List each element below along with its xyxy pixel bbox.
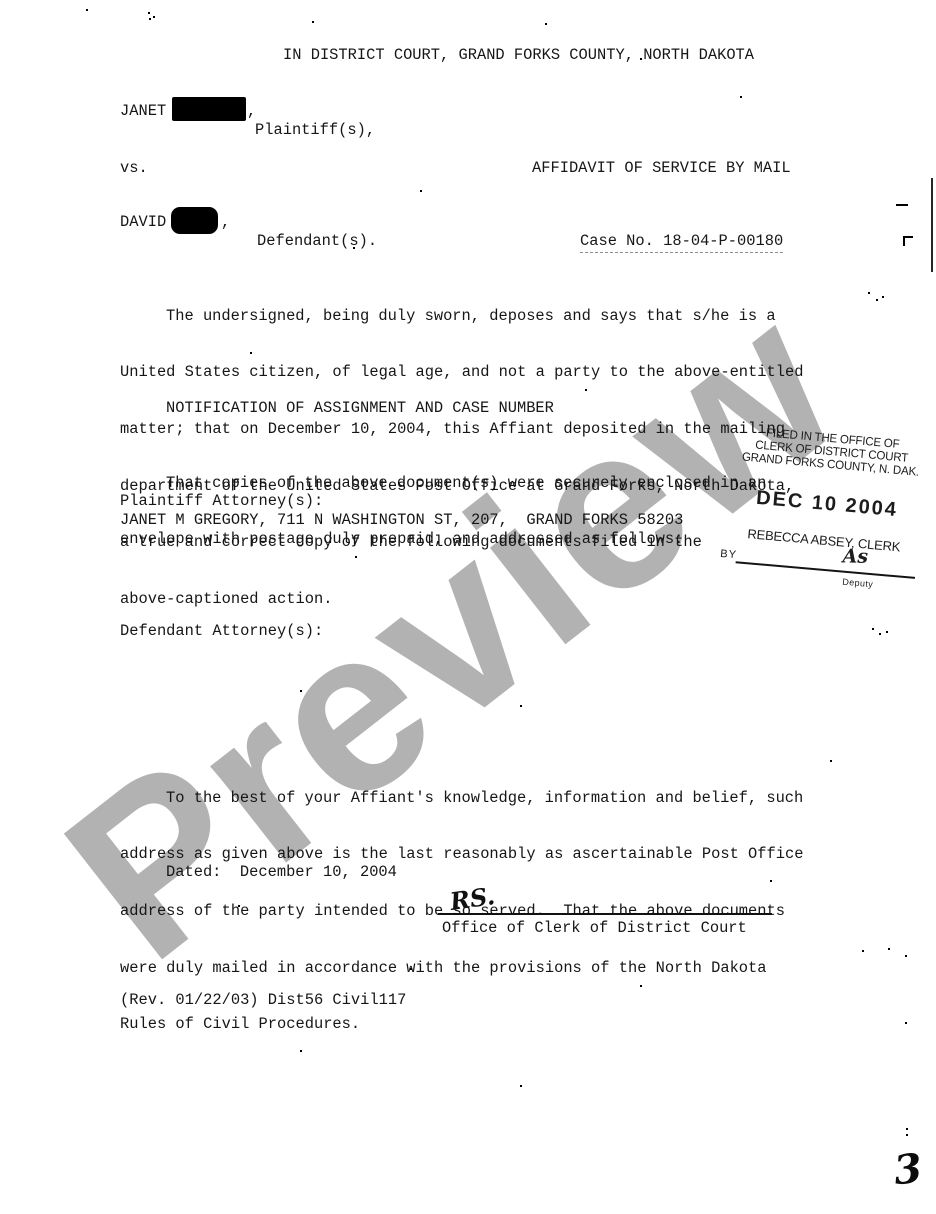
plaintiff-name-comma: , [247,102,256,121]
plaintiff-attorney-value: JANET M GREGORY, 711 N WASHINGTON ST, 20… [120,511,683,530]
paragraph-line: United States citizen, of legal age, and… [120,363,803,382]
plaintiff-name-redaction [172,97,246,121]
court-header: IN DISTRICT COURT, GRAND FORKS COUNTY, N… [283,46,754,65]
scanned-affidavit-page: Preview IN DISTRICT COURT, GRAND FORKS C… [0,0,936,1214]
dated-line: Dated: December 10, 2004 [166,863,397,882]
paragraph-line: To the best of your Affiant's knowledge,… [120,789,803,808]
stamp-date: DEC 10 2004 [720,484,933,525]
stamp-clerk-name: REBECCA ABSEY, CLERK [718,524,931,557]
plaintiff-attorney-label: Plaintiff Attorney(s): [120,492,323,511]
paragraph-line: address as given above is the last reaso… [120,845,803,864]
stamp-deputy-label: Deputy [842,577,874,590]
document-title: AFFIDAVIT OF SERVICE BY MAIL [532,159,791,178]
defendant-name-comma: , [221,213,230,232]
court-filed-stamp: FILED IN THE OFFICE OF CLERK OF DISTRICT… [712,420,936,618]
case-number: Case No. 18-04-P-00180 [580,232,783,251]
signature-title: Office of Clerk of District Court [442,919,747,938]
stamp-by-line [736,561,915,579]
stamp-by-label: BY [720,548,738,561]
paragraph-line: were duly mailed in accordance with the … [120,959,803,978]
plaintiff-name: JANET [120,102,166,121]
case-number-text: Case No. 18-04-P-00180 [580,232,783,253]
paragraph-line: envelope with postage duly prepaid, and … [120,530,766,549]
signature-line [438,913,772,915]
vs-label: vs. [120,159,148,178]
deputy-handwritten-initials: As [842,545,868,567]
defendant-name-redaction [171,207,218,234]
paragraph-line: above-captioned action. [120,590,803,609]
paragraph-line: That copies of the above document(s) wer… [120,474,766,493]
scan-noise-specks [0,0,2,2]
clerk-signature-initials: RS. [448,881,496,916]
defendant-name: DAVID [120,213,166,232]
handwritten-page-number: 3 [892,1145,925,1195]
defendant-attorney-label: Defendant Attorney(s): [120,622,323,641]
scan-corner-artifact [903,236,913,246]
scan-edge-artifact [931,178,933,272]
plaintiff-label: Plaintiff(s), [255,121,375,140]
paragraph-line: The undersigned, being duly sworn, depos… [120,307,803,326]
scan-dash-artifact [896,204,908,206]
notification-heading: NOTIFICATION OF ASSIGNMENT AND CASE NUMB… [166,399,554,418]
paragraph-line: Rules of Civil Procedures. [120,1015,803,1034]
form-revision-footer: (Rev. 01/22/03) Dist56 Civil117 [120,991,406,1010]
document-content: IN DISTRICT COURT, GRAND FORKS COUNTY, N… [0,0,936,1214]
defendant-label: Defendant(s). [257,232,377,251]
